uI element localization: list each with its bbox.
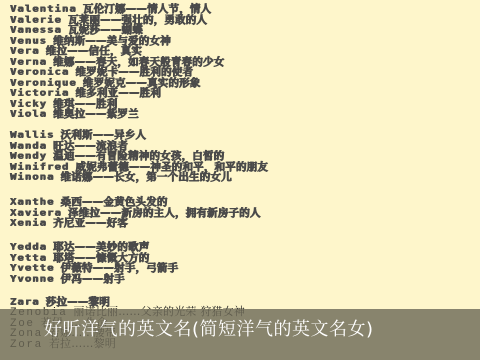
english-name: Veronica (10, 68, 69, 76)
english-name: Yetta (10, 254, 47, 262)
name-group-w: Wallis沃利斯——异乡人 Wanda旺达——流浪者 Wendy温迪——有冒险… (10, 130, 268, 183)
english-name: Xenia (10, 219, 47, 227)
list-item: Yvonne伊冯——射手 (10, 274, 178, 285)
english-name: Verna (10, 58, 47, 66)
list-item: Yedda耶达——美妙的歌声 (10, 242, 178, 253)
english-name: Wanda (10, 142, 47, 150)
english-name: Veronique (10, 79, 77, 87)
chinese-meaning: 维多利亚——胜利 (75, 88, 161, 99)
english-name: Valerie (10, 16, 62, 24)
chinese-meaning: 齐尼亚——好客 (53, 218, 128, 229)
english-name: Yvette (10, 264, 55, 272)
english-name: Valentina (10, 5, 77, 13)
chinese-meaning: 瓦妮莎——蝴蝶 (68, 25, 143, 36)
english-name: Wallis (10, 131, 55, 139)
english-name: Victoria (10, 89, 69, 97)
chinese-meaning: 伊薇特——射手，弓箭手 (61, 263, 179, 274)
english-name: Winifred (10, 163, 69, 171)
list-item: Viola维奥拉——紫罗兰 (10, 109, 224, 120)
list-item: Veronica维罗妮卡——胜利的使者 (10, 67, 224, 78)
english-name: Winona (10, 173, 55, 181)
list-item: Wallis沃利斯——异乡人 (10, 130, 268, 141)
list-item: Xenia齐尼亚——好客 (10, 218, 261, 229)
caption-title: 好听洋气的英文名(简短洋气的英文名女) (44, 318, 374, 342)
list-item: Vanessa瓦妮莎——蝴蝶 (10, 25, 224, 36)
english-name: Zara (10, 298, 40, 306)
english-name: Xanthe (10, 198, 55, 206)
english-name: Vanessa (10, 26, 62, 34)
list-item: Winona维诺娜——长女，第一个出生的女儿 (10, 172, 268, 183)
english-name: Wendy (10, 152, 47, 160)
name-group-v: Valentina瓦伦汀娜——情人节，情人 Valerie瓦莱丽——强壮的，勇敢… (10, 4, 224, 120)
list-item: Victoria维多利亚——胜利 (10, 88, 224, 99)
chinese-meaning: 维奥拉——紫罗兰 (53, 109, 139, 120)
english-name: Yvonne (10, 275, 55, 283)
chinese-meaning: 维罗妮卡——胜利的使者 (75, 67, 193, 78)
chinese-meaning: 温迪——有冒险精神的女孩，白皙的 (53, 151, 224, 162)
chinese-meaning: 伊冯——射手 (61, 274, 125, 285)
list-item: Valentina瓦伦汀娜——情人节，情人 (10, 4, 224, 15)
chinese-meaning: 桑西——金黄色头发的 (61, 197, 168, 208)
name-list-page: Valentina瓦伦汀娜——情人节，情人 Valerie瓦莱丽——强壮的，勇敢… (0, 0, 480, 360)
chinese-meaning: 维诺娜——长女，第一个出生的女儿 (61, 172, 232, 183)
english-name: Xaviera (10, 209, 62, 217)
english-name: Yedda (10, 243, 47, 251)
chinese-meaning: 耶达——美妙的歌声 (53, 242, 149, 253)
name-group-x: Xanthe桑西——金黄色头发的 Xaviera泽维拉——新房的主人，拥有新房子… (10, 197, 261, 229)
english-name: Vera (10, 47, 40, 55)
english-name: Venus (10, 37, 47, 45)
chinese-meaning: 维拉——信任，真实 (46, 46, 142, 57)
list-item: Yvette伊薇特——射手，弓箭手 (10, 263, 178, 274)
list-item: Xaviera泽维拉——新房的主人，拥有新房子的人 (10, 208, 261, 219)
chinese-meaning: 沃利斯——异乡人 (61, 130, 147, 141)
list-item: Wendy温迪——有冒险精神的女孩，白皙的 (10, 151, 268, 162)
list-item: Vera维拉——信任，真实 (10, 46, 224, 57)
list-item: Xanthe桑西——金黄色头发的 (10, 197, 261, 208)
name-group-y: Yedda耶达——美妙的歌声 Yetta耶塔——慷慨大方的 Yvette伊薇特—… (10, 242, 178, 284)
english-name: Vicky (10, 100, 47, 108)
english-name: Viola (10, 110, 47, 118)
chinese-meaning: 瓦伦汀娜——情人节，情人 (83, 4, 211, 15)
